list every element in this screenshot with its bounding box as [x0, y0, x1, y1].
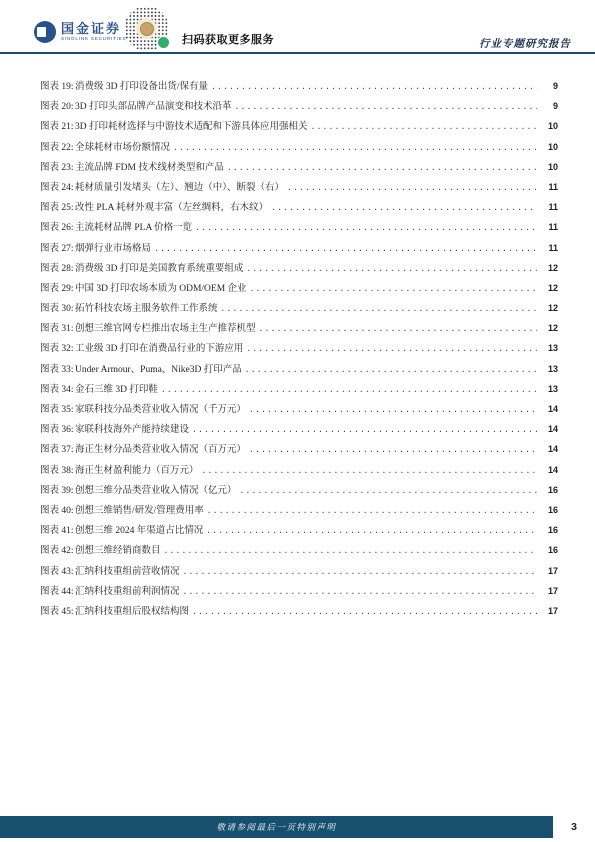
- toc-entry-label: 图表 27:: [40, 239, 75, 259]
- toc-dot-leader: ........................................…: [161, 381, 537, 401]
- toc-dot-leader: ........................................…: [235, 98, 538, 118]
- toc-dot-leader: ........................................…: [227, 159, 537, 179]
- toc-entry-page: 11: [537, 177, 558, 197]
- toc-dot-leader: ........................................…: [211, 78, 537, 98]
- toc-entry-label: 图表 28:: [40, 259, 75, 279]
- toc-entry-page: 13: [537, 359, 558, 379]
- toc-entry-page: 16: [537, 480, 558, 500]
- sinolink-logo-icon: [34, 21, 56, 43]
- toc-dot-leader: ........................................…: [287, 179, 537, 199]
- toc-entry-label: 图表 23:: [40, 158, 75, 178]
- toc-entry-page: 9: [537, 76, 558, 96]
- toc-entry-label: 图表 34:: [40, 380, 75, 400]
- toc-entry-title: 拓竹科技农场主服务软件工作系统: [75, 299, 221, 319]
- toc-entry-label: 图表 22:: [40, 138, 75, 158]
- toc-entry-label: 图表 36:: [40, 420, 75, 440]
- footer-bar: 敬请参阅最后一页特别声明: [0, 816, 553, 838]
- toc-entry-page: 16: [537, 520, 558, 540]
- toc-row[interactable]: 图表 19: 消费级 3D 打印设备出货/保有量 ...............…: [40, 76, 558, 96]
- toc-entry-page: 17: [537, 581, 558, 601]
- toc-entry-title: 3D 打印头部品牌产品演变和技术沿革: [75, 97, 235, 117]
- toc-row[interactable]: 图表 35: 家联科技分品类营业收入情况（千万元） ..............…: [40, 399, 558, 419]
- toc-entry-title: 创想三维经销商数目: [75, 541, 164, 561]
- toc-row[interactable]: 图表 43: 汇纳科技重组前营收情况 .....................…: [40, 561, 558, 581]
- toc-entry-title: Under Armour、Puma、Nike3D 打印产品: [75, 360, 245, 380]
- toc-entry-title: 汇纳科技重组后股权结构图: [75, 602, 192, 622]
- toc-row[interactable]: 图表 40: 创想三维销售/研发/管理费用率 .................…: [40, 500, 558, 520]
- toc-entry-label: 图表 43:: [40, 562, 75, 582]
- qr-caption: 扫码获取更多服务: [182, 31, 274, 47]
- toc-entry-title: 消费级 3D 打印设备出货/保有量: [75, 77, 211, 97]
- toc-entry-label: 图表 40:: [40, 501, 75, 521]
- toc-dot-leader: ........................................…: [173, 139, 537, 159]
- toc-dot-leader: ........................................…: [164, 542, 537, 562]
- seal-icon: [140, 22, 154, 36]
- toc-row[interactable]: 图表 30: 拓竹科技农场主服务软件工作系统 .................…: [40, 298, 558, 318]
- sinolink-logo: 国金证券 SINOLINK SECURITIES: [34, 21, 127, 43]
- toc-dot-leader: ........................................…: [202, 462, 537, 482]
- toc-entry-label: 图表 35:: [40, 400, 75, 420]
- toc-row[interactable]: 图表 37: 海正生材分品类营业收入情况（百万元） ..............…: [40, 439, 558, 459]
- toc-entry-title: 消费级 3D 打印是美国教育系统重要组成: [75, 259, 246, 279]
- toc-entry-page: 10: [537, 116, 558, 136]
- toc-entry-page: 16: [537, 540, 558, 560]
- toc-dot-leader: ........................................…: [240, 482, 537, 502]
- toc-entry-title: 家联科技海外产能持续建设: [75, 420, 192, 440]
- toc-row[interactable]: 图表 44: 汇纳科技重组前利润情况 .....................…: [40, 581, 558, 601]
- toc-entry-title: 海正生材盈利能力（百万元）: [75, 461, 202, 481]
- toc-entry-title: 中国 3D 打印农场本质为 ODM/OEM 企业: [75, 279, 250, 299]
- toc-dot-leader: ........................................…: [249, 401, 537, 421]
- toc-dot-leader: ........................................…: [311, 118, 538, 138]
- toc-entry-title: 主流品牌 FDM 技术线材类型和产品: [75, 158, 227, 178]
- toc-entry-label: 图表 30:: [40, 299, 75, 319]
- qr-code: [124, 6, 169, 51]
- toc-entry-page: 14: [537, 460, 558, 480]
- toc-entry-label: 图表 26:: [40, 218, 75, 238]
- toc-row[interactable]: 图表 45: 汇纳科技重组后股权结构图 ....................…: [40, 601, 558, 621]
- toc-entry-label: 图表 45:: [40, 602, 75, 622]
- toc-row[interactable]: 图表 39: 创想三维分品类营业收入情况（亿元） ...............…: [40, 480, 558, 500]
- toc-row[interactable]: 图表 38: 海正生材盈利能力（百万元） ...................…: [40, 460, 558, 480]
- toc-entry-page: 11: [537, 197, 558, 217]
- toc-entry-label: 图表 24:: [40, 178, 75, 198]
- toc-entry-title: 创想三维 2024 年渠道占比情况: [75, 521, 206, 541]
- toc-entry-title: 工业级 3D 打印在消费品行业的下游应用: [75, 339, 246, 359]
- toc-entry-title: 3D 打印耗材选择与中游技术适配和下游具体应用强相关: [75, 117, 311, 137]
- toc-row[interactable]: 图表 31: 创想三维官网专栏推出农场主生产推荐机型 .............…: [40, 318, 558, 338]
- toc-entry-label: 图表 32:: [40, 339, 75, 359]
- toc-entry-page: 17: [537, 561, 558, 581]
- toc-dot-leader: ........................................…: [221, 300, 537, 320]
- toc-entry-label: 图表 25:: [40, 198, 75, 218]
- page-number: 3: [553, 816, 595, 838]
- toc-entry-title: 创想三维官网专栏推出农场主生产推荐机型: [75, 319, 259, 339]
- toc-dot-leader: ........................................…: [246, 260, 537, 280]
- toc-dot-leader: ........................................…: [206, 522, 537, 542]
- toc-entry-title: 烟弹行业市场格局: [75, 239, 154, 259]
- toc-row[interactable]: 图表 27: 烟弹行业市场格局 ........................…: [40, 238, 558, 258]
- toc-entry-label: 图表 44:: [40, 582, 75, 602]
- toc-entry-title: 汇纳科技重组前利润情况: [75, 582, 183, 602]
- toc-entry-page: 10: [537, 137, 558, 157]
- toc-entry-page: 13: [537, 338, 558, 358]
- toc-row[interactable]: 图表 22: 全球耗材市场份额情况 ......................…: [40, 137, 558, 157]
- toc-entry-page: 14: [537, 439, 558, 459]
- toc-dot-leader: ........................................…: [192, 603, 537, 623]
- toc-dot-leader: ........................................…: [250, 280, 537, 300]
- toc-entry-title: 改性 PLA 耗材外观丰富（左丝绸料，右木纹）: [75, 198, 271, 218]
- toc-row[interactable]: 图表 41: 创想三维 2024 年渠道占比情况 ...............…: [40, 520, 558, 540]
- toc-entry-label: 图表 19:: [40, 77, 75, 97]
- toc-entry-title: 全球耗材市场份额情况: [75, 138, 173, 158]
- toc-entry-page: 16: [537, 500, 558, 520]
- toc-dot-leader: ........................................…: [183, 583, 537, 603]
- toc-entry-label: 图表 39:: [40, 481, 75, 501]
- toc-entry-page: 12: [537, 278, 558, 298]
- toc-entry-label: 图表 31:: [40, 319, 75, 339]
- toc-entry-label: 图表 41:: [40, 521, 75, 541]
- toc-row[interactable]: 图表 24: 耗材质量引发堵头（左）、翘边（中）、断裂（右） .........…: [40, 177, 558, 197]
- toc-entry-label: 图表 20:: [40, 97, 75, 117]
- toc-entry-page: 12: [537, 258, 558, 278]
- toc-dot-leader: ........................................…: [207, 502, 537, 522]
- report-type-label: 行业专题研究报告: [479, 36, 571, 51]
- toc-dot-leader: ........................................…: [259, 320, 537, 340]
- toc-entry-label: 图表 38:: [40, 461, 75, 481]
- toc-entry-page: 13: [537, 379, 558, 399]
- toc-row[interactable]: 图表 20: 3D 打印头部品牌产品演变和技术沿革 ..............…: [40, 96, 558, 116]
- toc-list: 图表 19: 消费级 3D 打印设备出货/保有量 ...............…: [40, 76, 558, 621]
- logo-name: 国金证券: [61, 22, 127, 35]
- toc-row[interactable]: 图表 21: 3D 打印耗材选择与中游技术适配和下游具体应用强相关 ......…: [40, 116, 558, 136]
- toc-entry-page: 11: [537, 217, 558, 237]
- toc-entry-title: 汇纳科技重组前营收情况: [75, 562, 183, 582]
- toc-entry-page: 11: [537, 238, 558, 258]
- toc-entry-label: 图表 29:: [40, 279, 75, 299]
- qr-center-seal: [136, 18, 157, 39]
- logo-text: 国金证券 SINOLINK SECURITIES: [61, 22, 127, 42]
- toc-entry-page: 10: [537, 157, 558, 177]
- toc-entry-page: 14: [537, 419, 558, 439]
- toc-row[interactable]: 图表 32: 工业级 3D 打印在消费品行业的下游应用 ............…: [40, 338, 558, 358]
- toc-entry-title: 金石三维 3D 打印鞋: [75, 380, 161, 400]
- toc-entry-title: 耗材质量引发堵头（左）、翘边（中）、断裂（右）: [75, 178, 287, 198]
- toc-entry-title: 海正生材分品类营业收入情况（百万元）: [75, 440, 249, 460]
- footer-disclaimer: 敬请参阅最后一页特别声明: [216, 821, 336, 833]
- toc-entry-title: 家联科技分品类营业收入情况（千万元）: [75, 400, 249, 420]
- wechat-icon: [157, 36, 170, 49]
- toc-dot-leader: ........................................…: [249, 441, 537, 461]
- toc-entry-label: 图表 37:: [40, 440, 75, 460]
- toc-dot-leader: ........................................…: [192, 421, 537, 441]
- toc-row[interactable]: 图表 23: 主流品牌 FDM 技术线材类型和产品 ..............…: [40, 157, 558, 177]
- toc-entry-label: 图表 21:: [40, 117, 75, 137]
- toc-row[interactable]: 图表 36: 家联科技海外产能持续建设 ....................…: [40, 419, 558, 439]
- toc-dot-leader: ........................................…: [195, 219, 537, 239]
- toc-entry-page: 12: [537, 318, 558, 338]
- logo-subtitle: SINOLINK SECURITIES: [61, 37, 127, 42]
- toc-entry-label: 图表 33:: [40, 360, 75, 380]
- toc-dot-leader: ........................................…: [246, 340, 537, 360]
- toc-dot-leader: ........................................…: [271, 199, 537, 219]
- toc-entry-page: 17: [537, 601, 558, 621]
- toc-row[interactable]: 图表 33: Under Armour、Puma、Nike3D 打印产品 ...…: [40, 359, 558, 379]
- toc-row[interactable]: 图表 25: 改性 PLA 耗材外观丰富（左丝绸料，右木纹） .........…: [40, 197, 558, 217]
- toc-row[interactable]: 图表 29: 中国 3D 打印农场本质为 ODM/OEM 企业 ........…: [40, 278, 558, 298]
- toc-entry-title: 创想三维销售/研发/管理费用率: [75, 501, 207, 521]
- toc-row[interactable]: 图表 26: 主流耗材品牌 PLA 价格一览 .................…: [40, 217, 558, 237]
- page-header: 国金证券 SINOLINK SECURITIES 扫码获取更多服务 行业专题研究…: [0, 0, 595, 54]
- toc-entry-title: 创想三维分品类营业收入情况（亿元）: [75, 481, 240, 501]
- toc-entry-label: 图表 42:: [40, 541, 75, 561]
- toc-dot-leader: ........................................…: [183, 563, 537, 583]
- toc-entry-page: 12: [537, 298, 558, 318]
- toc-entry-title: 主流耗材品牌 PLA 价格一览: [75, 218, 195, 238]
- toc-row[interactable]: 图表 42: 创想三维经销商数目 .......................…: [40, 540, 558, 560]
- toc-dot-leader: ........................................…: [245, 361, 537, 381]
- toc-row[interactable]: 图表 34: 金石三维 3D 打印鞋 .....................…: [40, 379, 558, 399]
- toc-entry-page: 14: [537, 399, 558, 419]
- toc-row[interactable]: 图表 28: 消费级 3D 打印是美国教育系统重要组成 ............…: [40, 258, 558, 278]
- toc-dot-leader: ........................................…: [154, 240, 537, 260]
- toc-entry-page: 9: [537, 96, 558, 116]
- header-divider: [0, 52, 595, 54]
